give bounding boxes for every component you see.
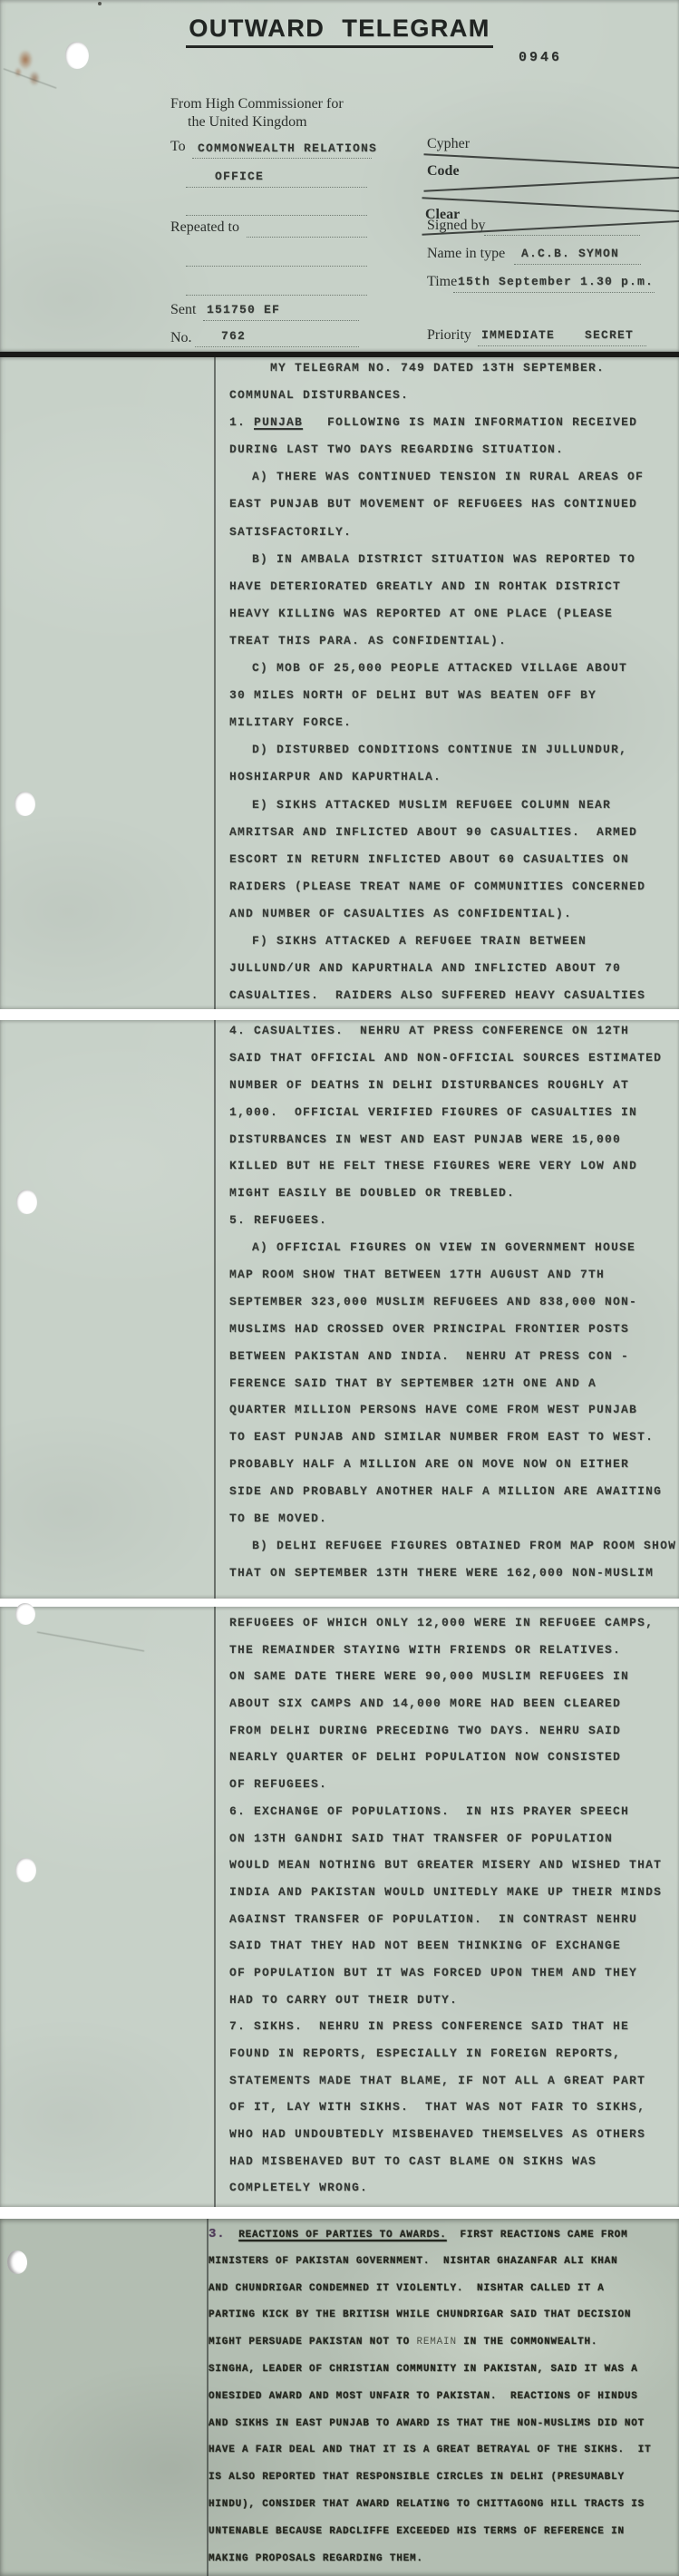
telegram-line: 6. EXCHANGE OF POPULATIONS. IN HIS PRAYE… — [229, 1798, 662, 1825]
line-text: HAD MISBEHAVED BUT TO CAST BLAME ON SIKH… — [229, 2154, 597, 2168]
telegram-line: 30 MILES NORTH OF DELHI BUT WAS BEATEN O… — [229, 682, 645, 709]
telegram-line: NEARLY QUARTER OF DELHI POPULATION NOW C… — [229, 1744, 662, 1771]
telegram-line: MAP ROOM SHOW THAT BETWEEN 17TH AUGUST A… — [229, 1261, 676, 1288]
form-rule — [186, 265, 367, 267]
hole-punch — [15, 792, 35, 816]
code-label-struck: Code — [427, 163, 679, 180]
telegram-line: ESCORT IN RETURN INFLICTED ABOUT 60 CASU… — [229, 846, 645, 873]
telegram-lines: 3. REACTIONS OF PARTIES TO AWARDS. FIRST… — [209, 2221, 651, 2572]
telegram-line: PARTING KICK BY THE BRITISH WHILE CHUNDR… — [209, 2302, 651, 2329]
telegram-line: MAKING PROPOSALS REGARDING THEM. — [209, 2546, 651, 2573]
line-text: MUSLIMS HAD CROSSED OVER PRINCIPAL FRONT… — [229, 1322, 629, 1336]
line-text: 3. — [209, 2227, 225, 2241]
name-in-type-value: A.C.B. SYMON — [521, 247, 619, 260]
from-line-2: the United Kingdom — [188, 114, 307, 131]
line-text: AND SIKHS IN EAST PUNJAB TO AWARD IS THA… — [209, 2418, 645, 2429]
line-text: CASUALTIES. RAIDERS ALSO SUFFERED HEAVY … — [229, 988, 645, 1002]
telegram-line: MUSLIMS HAD CROSSED OVER PRINCIPAL FRONT… — [229, 1316, 676, 1343]
line-text: DISTURBANCES IN WEST AND EAST PUNJAB WER… — [229, 1132, 621, 1146]
line-text: HINDU), CONSIDER THAT AWARD RELATING TO … — [209, 2499, 645, 2510]
line-text: MIGHT EASILY BE DOUBLED OR TREBLED. — [229, 1186, 515, 1200]
form-rule — [478, 345, 646, 346]
line-text: MIGHT PERSUADE PAKISTAN NOT TO — [209, 2337, 416, 2348]
line-text: TO BE MOVED. — [229, 1512, 327, 1525]
telegram-line: SAID THAT OFFICIAL AND NON-OFFICIAL SOUR… — [229, 1045, 676, 1072]
priority-label: Priority — [427, 327, 471, 344]
telegram-line: B) DELHI REFUGEE FIGURES OBTAINED FROM M… — [229, 1532, 676, 1560]
line-text: 1. — [229, 415, 254, 429]
hole-punch — [16, 1190, 37, 1214]
telegram-line: 1. PUNJAB FOLLOWING IS MAIN INFORMATION … — [229, 409, 645, 436]
telegram-line: TREAT THIS PARA. AS CONFIDENTIAL). — [229, 627, 645, 655]
line-text: IS ALSO REPORTED THAT RESPONSIBLE CIRCLE… — [209, 2472, 625, 2483]
telegram-line: OF IT, LAY WITH SIKHS. THAT WAS NOT FAIR… — [229, 2094, 662, 2121]
form-rule — [195, 345, 359, 347]
telegram-line: SATISFACTORILY. — [229, 519, 645, 546]
telegram-line: F) SIKHS ATTACKED A REFUGEE TRAIN BETWEE… — [229, 928, 645, 955]
from-line-1: From High Commissioner for — [170, 96, 344, 112]
line-text — [225, 2230, 238, 2241]
telegram-line: JULLUND/UR AND KAPURTHALA AND INFLICTED … — [229, 955, 645, 982]
line-text: TO EAST PUNJAB AND SIMILAR NUMBER FROM E… — [229, 1430, 654, 1444]
line-text: 1,000. OFFICIAL VERIFIED FIGURES OF CASU… — [229, 1105, 637, 1119]
paper-speck — [98, 2, 102, 5]
line-text: AND CHUNDRIGAR CONDEMNED IT VIOLENTLY. N… — [209, 2283, 605, 2294]
telegram-line: DURING LAST TWO DAYS REGARDING SITUATION… — [229, 436, 645, 463]
line-text: OF REFUGEES. — [229, 1777, 327, 1791]
telegram-line: 3. REACTIONS OF PARTIES TO AWARDS. FIRST… — [209, 2221, 651, 2249]
line-text: EAST PUNJAB BUT MOVEMENT OF REFUGEES HAS… — [229, 497, 637, 510]
line-text: 5. REFUGEES. — [229, 1213, 327, 1227]
telegram-line: AMRITSAR AND INFLICTED ABOUT 90 CASUALTI… — [229, 819, 645, 846]
line-text: SIDE AND PROBABLY ANOTHER HALF A MILLION… — [229, 1484, 662, 1498]
telegram-line: E) SIKHS ATTACKED MUSLIM REFUGEE COLUMN … — [229, 792, 645, 819]
telegram-line: RAIDERS (PLEASE TREAT NAME OF COMMUNITIE… — [229, 873, 645, 900]
line-text: FROM DELHI DURING PRECEDING TWO DAYS. NE… — [229, 1724, 621, 1737]
line-text: NEARLY QUARTER OF DELHI POPULATION NOW C… — [229, 1750, 621, 1764]
telegram-line: HINDU), CONSIDER THAT AWARD RELATING TO … — [209, 2492, 651, 2519]
line-text: OF POPULATION BUT IT WAS FORCED UPON THE… — [229, 1966, 637, 1979]
line-text: ESCORT IN RETURN INFLICTED ABOUT 60 CASU… — [229, 852, 629, 866]
line-text: A) OFFICIAL FIGURES ON VIEW IN GOVERNMEN… — [252, 1240, 635, 1254]
telegram-line: ON SAME DATE THERE WERE 90,000 MUSLIM RE… — [229, 1663, 662, 1690]
line-text: BETWEEN PAKISTAN AND INDIA. NEHRU AT PRE… — [229, 1349, 629, 1363]
telegram-line: FROM DELHI DURING PRECEDING TWO DAYS. NE… — [229, 1717, 662, 1745]
telegram-scan: OUTWARD TELEGRAM 0946 From High Commissi… — [0, 0, 679, 2576]
line-text: DURING LAST TWO DAYS REGARDING SITUATION… — [229, 442, 564, 456]
telegram-line: B) IN AMBALA DISTRICT SITUATION WAS REPO… — [229, 546, 645, 573]
telegram-line: TO BE MOVED. — [229, 1505, 676, 1532]
telegram-line: WOULD MEAN NOTHING BUT GREATER MISERY AN… — [229, 1852, 662, 1879]
serial-stamp: 0946 — [519, 50, 562, 65]
telegram-line: OF REFUGEES. — [229, 1771, 662, 1798]
telegram-line: OF POPULATION BUT IT WAS FORCED UPON THE… — [229, 1959, 662, 1987]
line-text: ON SAME DATE THERE WERE 90,000 MUSLIM RE… — [229, 1669, 629, 1683]
sent-label: Sent — [170, 302, 196, 318]
hole-punch — [15, 1603, 35, 1625]
form-rule — [203, 319, 359, 321]
page-header: OUTWARD TELEGRAM 0946 From High Commissi… — [0, 0, 679, 352]
line-text: COMPLETELY WRONG. — [229, 2181, 368, 2194]
line-text: AGAINST TRANSFER OF POPULATION. IN CONTR… — [229, 1912, 637, 1926]
telegram-line: SIDE AND PROBABLY ANOTHER HALF A MILLION… — [229, 1478, 676, 1505]
line-text: FOLLOWING IS MAIN INFORMATION RECEIVED — [303, 415, 637, 429]
line-text: THAT ON SEPTEMBER 13TH THERE WERE 162,00… — [229, 1566, 654, 1580]
hole-punch — [7, 2250, 27, 2274]
line-text: OF IT, LAY WITH SIKHS. THAT WAS NOT FAIR… — [229, 2100, 645, 2114]
line-text: FIRST REACTIONS CAME FROM — [447, 2230, 628, 2241]
line-text: AMRITSAR AND INFLICTED ABOUT 90 CASUALTI… — [229, 825, 637, 839]
line-text: REFUGEES OF WHICH ONLY 12,000 WERE IN RE… — [229, 1616, 654, 1629]
telegram-line: MIGHT EASILY BE DOUBLED OR TREBLED. — [229, 1180, 676, 1207]
page-body-1: MY TELEGRAM NO. 749 DATED 13TH SEPTEMBER… — [0, 357, 679, 1009]
underlined-text: REACTIONS OF PARTIES TO AWARDS. — [238, 2230, 446, 2241]
line-text: PROBABLY HALF A MILLION ARE ON MOVE NOW … — [229, 1457, 629, 1471]
line-text: MILITARY FORCE. — [229, 715, 352, 729]
telegram-line: WHO HAD UNDOUBTEDLY MISBEHAVED THEMSELVE… — [229, 2121, 662, 2148]
margin-rule — [214, 357, 216, 1009]
hole-punch — [15, 1858, 36, 1882]
telegram-line: COMPLETELY WRONG. — [229, 2174, 662, 2202]
line-text: 7. SIKHS. NEHRU IN PRESS CONFERENCE SAID… — [229, 2019, 629, 2033]
line-text: D) DISTURBED CONDITIONS CONTINUE IN JULL… — [252, 743, 627, 756]
line-text: FOUND IN REPORTS, ESPECIALLY IN FOREIGN … — [229, 2046, 621, 2060]
margin-rule — [214, 1607, 216, 2207]
line-text: REMAIN — [416, 2337, 456, 2348]
line-text: THE REMAINDER STAYING WITH FRIENDS OR RE… — [229, 1643, 621, 1657]
page-title-text: OUTWARD TELEGRAM — [186, 15, 492, 48]
line-text: ABOUT SIX CAMPS AND 14,000 MORE HAD BEEN… — [229, 1696, 621, 1710]
telegram-line: ON 13TH GANDHI SAID THAT TRANSFER OF POP… — [229, 1825, 662, 1852]
form-rule — [247, 236, 367, 238]
page-body-2: 4. CASUALTIES. NEHRU AT PRESS CONFERENCE… — [0, 1020, 679, 1599]
form-rule — [192, 157, 372, 159]
telegram-line: D) DISTURBED CONDITIONS CONTINUE IN JULL… — [229, 736, 645, 763]
line-text: ON 13TH GANDHI SAID THAT TRANSFER OF POP… — [229, 1832, 613, 1845]
telegram-line: ABOUT SIX CAMPS AND 14,000 MORE HAD BEEN… — [229, 1690, 662, 1717]
line-text: PARTING KICK BY THE BRITISH WHILE CHUNDR… — [209, 2309, 631, 2320]
form-rule — [453, 291, 655, 293]
telegram-line: TO EAST PUNJAB AND SIMILAR NUMBER FROM E… — [229, 1424, 676, 1451]
priority-value-secret: SECRET — [585, 328, 634, 342]
line-text: WHO HAD UNDOUBTEDLY MISBEHAVED THEMSELVE… — [229, 2127, 645, 2141]
number-value: 762 — [221, 329, 246, 343]
telegram-line: THE REMAINDER STAYING WITH FRIENDS OR RE… — [229, 1637, 662, 1664]
telegram-line: THAT ON SEPTEMBER 13TH THERE WERE 162,00… — [229, 1560, 676, 1587]
line-text: JULLUND/UR AND KAPURTHALA AND INFLICTED … — [229, 961, 621, 975]
telegram-line: ONESIDED AWARD AND MOST UNFAIR TO PAKIST… — [209, 2384, 651, 2411]
line-text: SEPTEMBER 323,000 MUSLIM REFUGEES AND 83… — [229, 1295, 637, 1308]
telegram-line: HAVE DETERIORATED GREATLY AND IN ROHTAK … — [229, 573, 645, 600]
to-label: To — [170, 139, 186, 155]
telegram-line: HAVE A FAIR DEAL AND THAT IT IS A GREAT … — [209, 2437, 651, 2464]
cypher-label: Cypher — [427, 136, 470, 152]
line-text: A) THERE WAS CONTINUED TENSION IN RURAL … — [252, 470, 644, 483]
form-rule — [186, 294, 367, 296]
line-text: INDIA AND PAKISTAN WOULD UNITEDLY MAKE U… — [229, 1885, 662, 1899]
telegram-line: SAID THAT THEY HAD NOT BEEN THINKING OF … — [229, 1932, 662, 1959]
signed-by-label: Signed by — [427, 218, 485, 234]
telegram-line: SEPTEMBER 323,000 MUSLIM REFUGEES AND 83… — [229, 1288, 676, 1316]
line-text: C) MOB OF 25,000 PEOPLE ATTACKED VILLAGE… — [252, 661, 627, 675]
page-body-4: 3. REACTIONS OF PARTIES TO AWARDS. FIRST… — [0, 2219, 679, 2576]
telegram-line: HEAVY KILLING WAS REPORTED AT ONE PLACE … — [229, 600, 645, 627]
telegram-lines: 4. CASUALTIES. NEHRU AT PRESS CONFERENCE… — [229, 1017, 676, 1587]
page-title: OUTWARD TELEGRAM — [0, 15, 679, 48]
line-text: E) SIKHS ATTACKED MUSLIM REFUGEE COLUMN … — [252, 798, 611, 812]
line-text: NUMBER OF DEATHS IN DELHI DISTURBANCES R… — [229, 1078, 629, 1092]
telegram-line: C) MOB OF 25,000 PEOPLE ATTACKED VILLAGE… — [229, 655, 645, 682]
line-text: ONESIDED AWARD AND MOST UNFAIR TO PAKIST… — [209, 2391, 638, 2402]
telegram-line: NUMBER OF DEATHS IN DELHI DISTURBANCES R… — [229, 1072, 676, 1099]
line-text: HAD TO CARRY OUT THEIR DUTY. — [229, 1993, 458, 2007]
telegram-line: MILITARY FORCE. — [229, 709, 645, 736]
telegram-line: EAST PUNJAB BUT MOVEMENT OF REFUGEES HAS… — [229, 491, 645, 518]
telegram-line: IS ALSO REPORTED THAT RESPONSIBLE CIRCLE… — [209, 2464, 651, 2492]
line-text: SAID THAT THEY HAD NOT BEEN THINKING OF … — [229, 1939, 621, 1952]
telegram-line: KILLED BUT HE FELT THESE FIGURES WERE VE… — [229, 1152, 676, 1180]
telegram-line: COMMUNAL DISTURBANCES. — [229, 382, 645, 409]
telegram-line: PROBABLY HALF A MILLION ARE ON MOVE NOW … — [229, 1451, 676, 1478]
repeated-to-label: Repeated to — [170, 219, 239, 236]
telegram-line: QUARTER MILLION PERSONS HAVE COME FROM W… — [229, 1396, 676, 1424]
telegram-line: MIGHT PERSUADE PAKISTAN NOT TO REMAIN IN… — [209, 2329, 651, 2357]
telegram-line: A) OFFICIAL FIGURES ON VIEW IN GOVERNMEN… — [229, 1234, 676, 1261]
line-text: HAVE A FAIR DEAL AND THAT IT IS A GREAT … — [209, 2445, 651, 2455]
line-text: 6. EXCHANGE OF POPULATIONS. IN HIS PRAYE… — [229, 1804, 629, 1818]
telegram-line: FERENCE SAID THAT BY SEPTEMBER 12TH ONE … — [229, 1370, 676, 1397]
telegram-line: A) THERE WAS CONTINUED TENSION IN RURAL … — [229, 463, 645, 491]
telegram-lines: REFUGEES OF WHICH ONLY 12,000 WERE IN RE… — [229, 1609, 662, 2202]
line-text: 30 MILES NORTH OF DELHI BUT WAS BEATEN O… — [229, 688, 597, 702]
to-value-line2: OFFICE — [215, 170, 264, 183]
form-rule — [514, 263, 641, 265]
telegram-line: 5. REFUGEES. — [229, 1207, 676, 1234]
crease-line — [37, 1632, 144, 1652]
telegram-line: INDIA AND PAKISTAN WOULD UNITEDLY MAKE U… — [229, 1879, 662, 1906]
telegram-line: UNTENABLE BECAUSE RADCLIFFE EXCEEDED HIS… — [209, 2519, 651, 2546]
line-text: UNTENABLE BECAUSE RADCLIFFE EXCEEDED HIS… — [209, 2526, 625, 2537]
line-text: MAKING PROPOSALS REGARDING THEM. — [209, 2553, 423, 2564]
telegram-line: AGAINST TRANSFER OF POPULATION. IN CONTR… — [229, 1906, 662, 1933]
line-text: HAVE DETERIORATED GREATLY AND IN ROHTAK … — [229, 579, 621, 593]
time-label: Time — [427, 274, 457, 290]
form-rule — [186, 214, 367, 216]
telegram-line: HAD TO CARRY OUT THEIR DUTY. — [229, 1987, 662, 2014]
telegram-line: DISTURBANCES IN WEST AND EAST PUNJAB WER… — [229, 1126, 676, 1153]
telegram-line: CASUALTIES. RAIDERS ALSO SUFFERED HEAVY … — [229, 982, 645, 1009]
form-rule — [484, 234, 640, 236]
telegram-line: STATEMENTS MADE THAT BLAME, IF NOT ALL A… — [229, 2067, 662, 2095]
to-value-line1: COMMONWEALTH RELATIONS — [198, 141, 377, 155]
line-text: TREAT THIS PARA. AS CONFIDENTIAL). — [229, 634, 507, 647]
line-text: B) DELHI REFUGEE FIGURES OBTAINED FROM M… — [252, 1539, 676, 1552]
telegram-line: AND CHUNDRIGAR CONDEMNED IT VIOLENTLY. N… — [209, 2276, 651, 2303]
telegram-line: MY TELEGRAM NO. 749 DATED 13TH SEPTEMBER… — [229, 355, 645, 382]
page-body-3: REFUGEES OF WHICH ONLY 12,000 WERE IN RE… — [0, 1607, 679, 2207]
sent-value: 151750 EF — [207, 303, 280, 316]
telegram-line: FOUND IN REPORTS, ESPECIALLY IN FOREIGN … — [229, 2040, 662, 2067]
telegram-line: AND NUMBER OF CASUALTIES AS CONFIDENTIAL… — [229, 900, 645, 928]
telegram-lines: MY TELEGRAM NO. 749 DATED 13TH SEPTEMBER… — [229, 355, 645, 1009]
telegram-line: 1,000. OFFICIAL VERIFIED FIGURES OF CASU… — [229, 1099, 676, 1126]
line-text: F) SIKHS ATTACKED A REFUGEE TRAIN BETWEE… — [252, 934, 587, 948]
telegram-line: 7. SIKHS. NEHRU IN PRESS CONFERENCE SAID… — [229, 2013, 662, 2040]
telegram-line: HOSHIARPUR AND KAPURTHALA. — [229, 763, 645, 791]
telegram-line: BETWEEN PAKISTAN AND INDIA. NEHRU AT PRE… — [229, 1343, 676, 1370]
margin-rule — [214, 1020, 216, 1599]
line-text: COMMUNAL DISTURBANCES. — [229, 388, 409, 402]
line-text: SATISFACTORILY. — [229, 525, 352, 539]
number-label: No. — [170, 330, 192, 346]
line-text: RAIDERS (PLEASE TREAT NAME OF COMMUNITIE… — [229, 880, 645, 893]
line-text: FERENCE SAID THAT BY SEPTEMBER 12TH ONE … — [229, 1376, 597, 1390]
line-text: KILLED BUT HE FELT THESE FIGURES WERE VE… — [229, 1159, 637, 1172]
line-text: MINISTERS OF PAKISTAN GOVERNMENT. NISHTA… — [209, 2256, 617, 2267]
form-rule — [186, 186, 367, 188]
line-text: STATEMENTS MADE THAT BLAME, IF NOT ALL A… — [229, 2074, 645, 2087]
name-in-type-label: Name in type — [427, 246, 505, 262]
line-text: WOULD MEAN NOTHING BUT GREATER MISERY AN… — [229, 1858, 662, 1871]
telegram-line: REFUGEES OF WHICH ONLY 12,000 WERE IN RE… — [229, 1609, 662, 1637]
line-text: 4. CASUALTIES. NEHRU AT PRESS CONFERENCE… — [229, 1024, 629, 1037]
line-text: QUARTER MILLION PERSONS HAVE COME FROM W… — [229, 1403, 637, 1416]
line-text: MAP ROOM SHOW THAT BETWEEN 17TH AUGUST A… — [229, 1268, 605, 1281]
line-text: SAID THAT OFFICIAL AND NON-OFFICIAL SOUR… — [229, 1051, 662, 1064]
line-text: HEAVY KILLING WAS REPORTED AT ONE PLACE … — [229, 607, 613, 620]
underlined-text: PUNJAB — [254, 415, 303, 429]
line-text: B) IN AMBALA DISTRICT SITUATION WAS REPO… — [252, 552, 635, 566]
telegram-line: AND SIKHS IN EAST PUNJAB TO AWARD IS THA… — [209, 2411, 651, 2438]
line-text: MY TELEGRAM NO. 749 DATED 13TH SEPTEMBER… — [270, 361, 605, 374]
telegram-line: SINGHA, LEADER OF CHRISTIAN COMMUNITY IN… — [209, 2357, 651, 2384]
time-value: 15th September 1.30 p.m. — [458, 275, 654, 288]
hole-punch — [65, 42, 89, 69]
priority-value-immediate: IMMEDIATE — [481, 328, 555, 342]
line-text: IN THE COMMONWEALTH. — [457, 2337, 597, 2348]
line-text: AND NUMBER OF CASUALTIES AS CONFIDENTIAL… — [229, 907, 572, 920]
line-text: HOSHIARPUR AND KAPURTHALA. — [229, 770, 441, 783]
telegram-line: HAD MISBEHAVED BUT TO CAST BLAME ON SIKH… — [229, 2148, 662, 2175]
telegram-line: MINISTERS OF PAKISTAN GOVERNMENT. NISHTA… — [209, 2249, 651, 2276]
line-text: SINGHA, LEADER OF CHRISTIAN COMMUNITY IN… — [209, 2364, 638, 2375]
telegram-line: 4. CASUALTIES. NEHRU AT PRESS CONFERENCE… — [229, 1017, 676, 1045]
